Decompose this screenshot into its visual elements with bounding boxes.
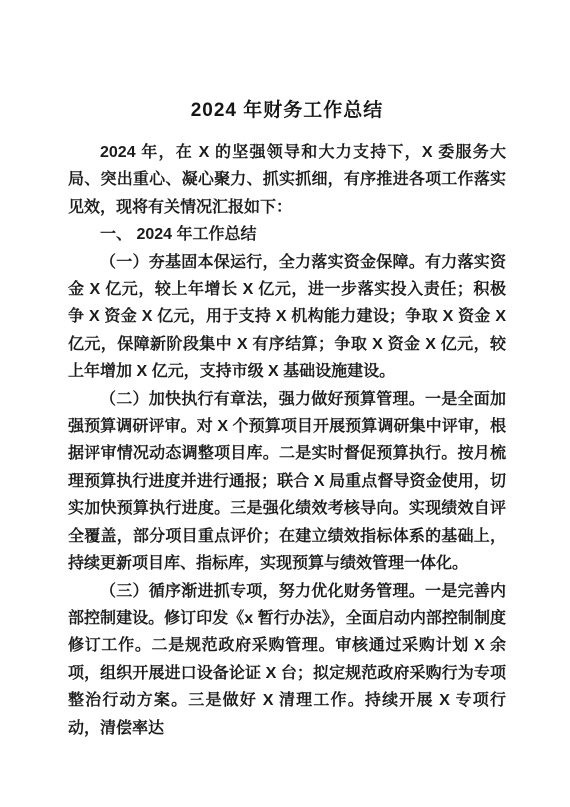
paragraph-section-3: （三）循序渐进抓专项，努力优化财务管理。一是完善内部控制建设。修订印发《x 暂行… xyxy=(68,578,506,742)
page-title: 2024 年财务工作总结 xyxy=(68,98,506,124)
paragraph-intro: 2024 年，在 X 的坚强领导和大力支持下，X 委服务大局、突出重心、凝心聚力… xyxy=(68,139,506,221)
document-page: 2024 年财务工作总结 2024 年，在 X 的坚强领导和大力支持下，X 委服… xyxy=(0,0,570,807)
paragraph-section-1: （一）夯基固本保运行，全力落实资金保障。有力落实资金 X 亿元，较上年增长 X … xyxy=(68,249,506,386)
paragraph-section-2: （二）加快执行有章法，强力做好预算管理。一是全面加强预算调研评审。对 X 个预算… xyxy=(68,386,506,578)
section-heading-1: 一、 2024 年工作总结 xyxy=(68,221,506,248)
